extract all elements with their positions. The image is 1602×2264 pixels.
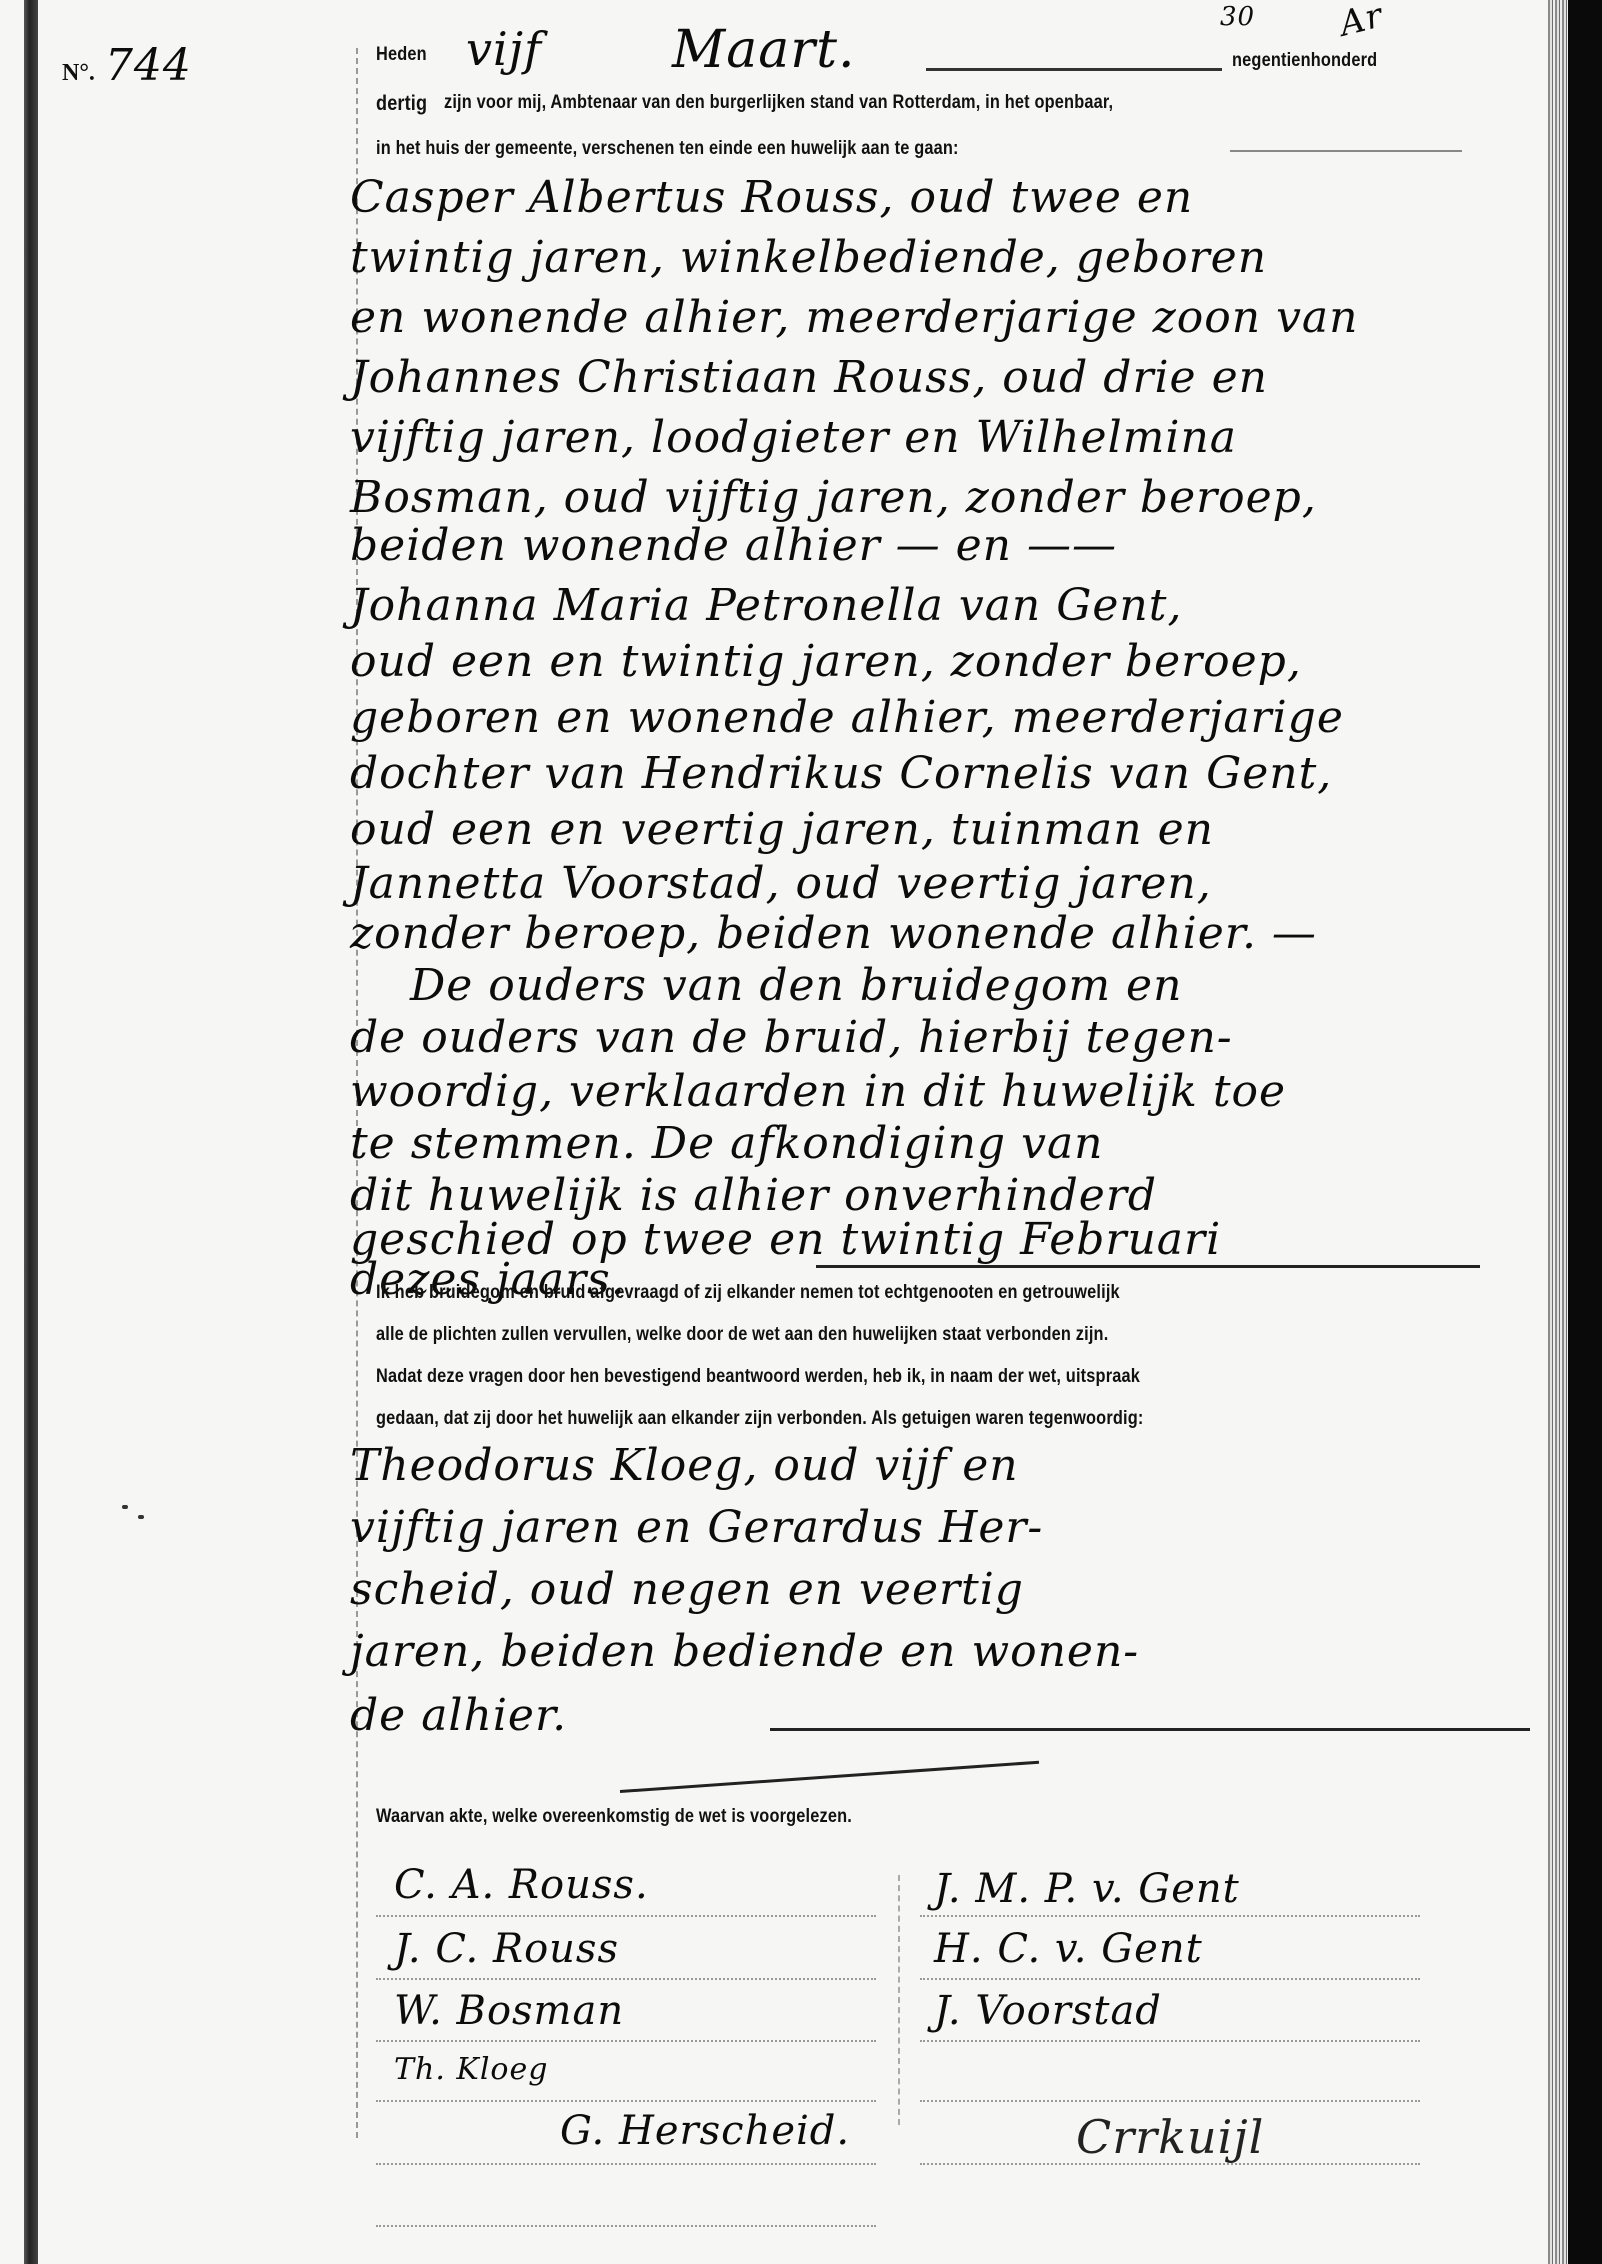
header-line-1: Heden: [376, 44, 435, 66]
body-line: Johanna Maria Petronella van Gent,: [350, 580, 1182, 631]
printed-heden: Heden: [376, 44, 427, 66]
record-number: N°. 744: [62, 40, 192, 91]
signature-dotted-line: [920, 2040, 1420, 2042]
printed-negentienhonderd: negentienhonderd: [1232, 50, 1377, 72]
signature-dotted-line: [376, 2040, 876, 2042]
body-line: dochter van Hendrikus Cornelis van Gent,: [350, 748, 1332, 799]
signature-witness-2: G. Herscheid.: [560, 2108, 850, 2154]
body-line: Johannes Christiaan Rouss, oud drie en: [350, 352, 1268, 403]
left-binding-rule: [24, 0, 38, 2264]
witness-line: jaren, beiden bediende en wonen-: [350, 1626, 1139, 1677]
body-line: woordig, verklaarden in dit huwelijk toe: [350, 1066, 1286, 1117]
printed-year-word: dertig: [376, 92, 427, 116]
declaration-line: Ik heb bruidegom en bruid afgevraagd of …: [376, 1282, 1120, 1304]
signature-groom: C. A. Rouss.: [394, 1862, 649, 1908]
written-month: Maart.: [672, 20, 856, 80]
signature-dotted-line: [920, 1915, 1420, 1917]
declaration-line: alle de plichten zullen vervullen, welke…: [376, 1324, 1108, 1346]
body-line: Bosman, oud vijftig jaren, zonder beroep…: [350, 472, 1317, 523]
signature-registrar: Crrkuijl: [1076, 2110, 1264, 2164]
fill-line: [926, 68, 1222, 71]
signature-dotted-line: [920, 2100, 1420, 2102]
record-number-value: 744: [105, 40, 192, 91]
closing-text: Waarvan akte, welke overeenkomstig de we…: [376, 1806, 852, 1828]
declaration-line: gedaan, dat zij door het huwelijk aan el…: [376, 1408, 1143, 1430]
signature-dotted-line: [920, 1978, 1420, 1980]
body-line: te stemmen. De afkondiging van: [350, 1118, 1104, 1169]
header-line-1-end: negentienhonderd: [1232, 50, 1401, 72]
signature-dotted-line: [376, 2225, 876, 2227]
body-line: De ouders van den bruidegom en: [410, 960, 1182, 1011]
ink-speck: [138, 1515, 144, 1519]
closing-rule: [770, 1728, 1530, 1731]
header-line-2: dertig zijn voor mij, Ambtenaar van den …: [376, 92, 436, 116]
body-line: zonder beroep, beiden wonende alhier. —: [350, 908, 1317, 959]
ink-speck: [122, 1505, 128, 1509]
body-line: en wonende alhier, meerderjarige zoon va…: [350, 292, 1359, 343]
declaration-line: Nadat deze vragen door hen bevestigend b…: [376, 1366, 1140, 1388]
witness-line: de alhier.: [350, 1690, 567, 1741]
body-line: vijftig jaren, loodgieter en Wilhelmina: [350, 412, 1237, 463]
closing-rule: [816, 1265, 1480, 1268]
printed-line-3: in het huis der gemeente, verschenen ten…: [376, 138, 959, 160]
signature-dotted-line: [376, 2163, 876, 2165]
body-line: Casper Albertus Rouss, oud twee en: [350, 172, 1193, 223]
signature-dotted-line: [376, 2100, 876, 2102]
folio-initials: Ar: [1336, 0, 1387, 45]
signature-bride-mother: J. Voorstad: [934, 1988, 1162, 2034]
printed-line-2: zijn voor mij, Ambtenaar van den burgerl…: [444, 92, 1602, 114]
signature-dotted-line: [376, 1978, 876, 1980]
signature-witness-1: Th. Kloeg: [394, 2052, 548, 2087]
written-day: vijf: [466, 22, 542, 76]
register-page: N°. 744 30 Ar Heden vijf Maart. negentie…: [0, 0, 1602, 2264]
closing-stroke: [620, 1761, 1039, 1793]
signature-bride: J. M. P. v. Gent: [934, 1866, 1240, 1912]
folio-number: 30: [1220, 2, 1255, 32]
witness-line: Theodorus Kloeg, oud vijf en: [350, 1440, 1019, 1491]
body-line: oud een en twintig jaren, zonder beroep,: [350, 636, 1302, 687]
record-number-label: N°.: [62, 60, 95, 87]
body-line: geboren en wonende alhier, meerderjarige: [350, 692, 1344, 743]
body-line: de ouders van de bruid, hierbij tegen-: [350, 1012, 1233, 1063]
body-line: oud een en veertig jaren, tuinman en: [350, 804, 1214, 855]
right-dark-border: [1568, 0, 1602, 2264]
signature-bride-father: H. C. v. Gent: [934, 1926, 1203, 1972]
witness-line: vijftig jaren en Gerardus Her-: [350, 1502, 1043, 1553]
page-stack-edge: [1548, 0, 1568, 2264]
header-line-3: in het huis der gemeente, verschenen ten…: [376, 138, 1053, 160]
closing-statement: Waarvan akte, welke overeenkomstig de we…: [376, 1806, 929, 1828]
signature-dotted-line: [376, 1915, 876, 1917]
signature-groom-mother: W. Bosman: [394, 1988, 624, 2034]
signature-divider: [898, 1875, 900, 2125]
body-line: Jannetta Voorstad, oud veertig jaren,: [350, 858, 1212, 909]
body-line: beiden wonende alhier — en ——: [350, 520, 1117, 571]
body-line: twintig jaren, winkelbediende, geboren: [350, 232, 1267, 283]
fill-line: [1230, 150, 1462, 152]
signature-groom-father: J. C. Rouss: [394, 1926, 619, 1972]
witness-line: scheid, oud negen en veertig: [350, 1564, 1024, 1615]
